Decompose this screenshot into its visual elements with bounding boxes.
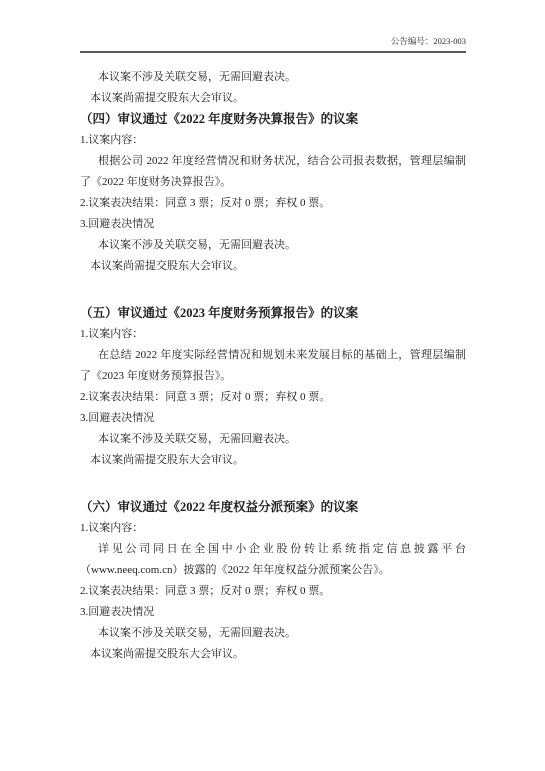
section-title: （六）审议通过《2022 年度权益分派预案》的议案 bbox=[80, 497, 466, 518]
submit-line: 本议案尚需提交股东大会审议。 bbox=[80, 450, 466, 471]
intro-submit-line: 本议案尚需提交股东大会审议。 bbox=[80, 88, 466, 109]
recusal-label: 3.回避表决情况 bbox=[80, 214, 466, 235]
content-line-2: （www.neeq.com.cn）披露的《2022 年年度权益分派预案公告》。 bbox=[80, 560, 466, 581]
submit-line: 本议案尚需提交股东大会审议。 bbox=[80, 644, 466, 665]
vote-result-line: 2.议案表决结果：同意 3 票；反对 0 票；弃权 0 票。 bbox=[80, 387, 466, 408]
document-body: 本议案不涉及关联交易，无需回避表决。 本议案尚需提交股东大会审议。 （四）审议通… bbox=[80, 67, 466, 665]
document-page: 公告编号：2023-003 本议案不涉及关联交易，无需回避表决。 本议案尚需提交… bbox=[0, 0, 545, 771]
content-line-1: 详见公司同日在全国中小企业股份转让系统指定信息披露平台 bbox=[80, 539, 466, 560]
section-5: （五）审议通过《2023 年度财务预算报告》的议案 1.议案内容： 在总结 20… bbox=[80, 303, 466, 471]
content-line-1: 根据公司 2022 年度经营情况和财务状况，结合公司报表数据，管理层编制 bbox=[80, 151, 466, 172]
announcement-number: 公告编号：2023-003 bbox=[80, 36, 466, 53]
document-content: 公告编号：2023-003 本议案不涉及关联交易，无需回避表决。 本议案尚需提交… bbox=[80, 36, 466, 665]
recusal-label: 3.回避表决情况 bbox=[80, 408, 466, 429]
intro-recusal-line: 本议案不涉及关联交易，无需回避表决。 bbox=[80, 67, 466, 88]
vote-result-line: 2.议案表决结果：同意 3 票；反对 0 票；弃权 0 票。 bbox=[80, 581, 466, 602]
content-line-1: 在总结 2022 年度实际经营情况和规划未来发展目标的基础上，管理层编制 bbox=[80, 345, 466, 366]
section-6: （六）审议通过《2022 年度权益分派预案》的议案 1.议案内容： 详见公司同日… bbox=[80, 497, 466, 665]
content-line-2: 了《2023 年度财务预算报告》。 bbox=[80, 366, 466, 387]
recusal-label: 3.回避表决情况 bbox=[80, 602, 466, 623]
section-4: （四）审议通过《2022 年度财务决算报告》的议案 1.议案内容： 根据公司 2… bbox=[80, 109, 466, 277]
recusal-line: 本议案不涉及关联交易，无需回避表决。 bbox=[80, 623, 466, 644]
recusal-line: 本议案不涉及关联交易，无需回避表决。 bbox=[80, 235, 466, 256]
recusal-line: 本议案不涉及关联交易，无需回避表决。 bbox=[80, 429, 466, 450]
section-title: （四）审议通过《2022 年度财务决算报告》的议案 bbox=[80, 109, 466, 130]
section-title: （五）审议通过《2023 年度财务预算报告》的议案 bbox=[80, 303, 466, 324]
submit-line: 本议案尚需提交股东大会审议。 bbox=[80, 256, 466, 277]
content-line-2: 了《2022 年度财务决算报告》。 bbox=[80, 172, 466, 193]
content-label: 1.议案内容： bbox=[80, 130, 466, 151]
vote-result-line: 2.议案表决结果：同意 3 票；反对 0 票；弃权 0 票。 bbox=[80, 193, 466, 214]
content-label: 1.议案内容： bbox=[80, 324, 466, 345]
content-label: 1.议案内容： bbox=[80, 518, 466, 539]
